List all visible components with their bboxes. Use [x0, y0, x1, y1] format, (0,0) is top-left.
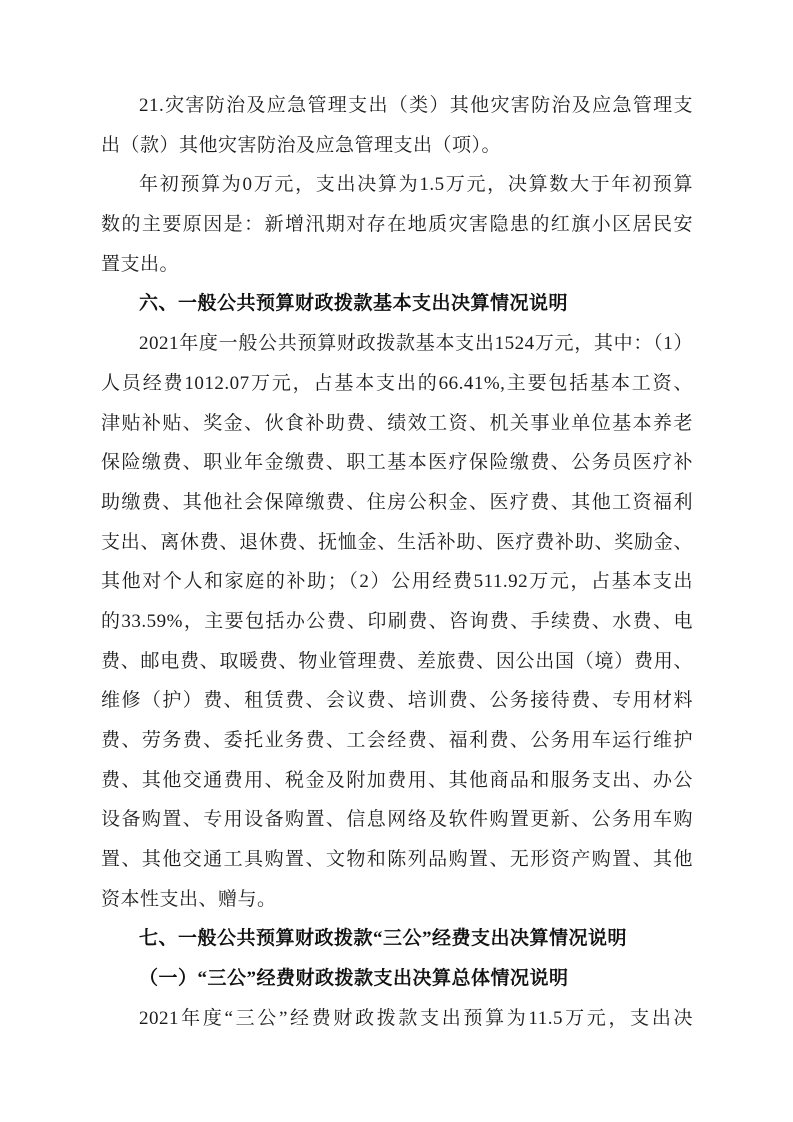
paragraph-line: 数的主要原因是：新增汛期对存在地质灾害隐患的红旗小区居民安: [101, 205, 693, 245]
paragraph-line: 支出、离休费、退休费、抚恤金、生活补助、医疗费补助、奖励金、: [101, 523, 693, 563]
paragraph-line: 其他对个人和家庭的补助；（2）公用经费511.92万元，占基本支出: [101, 562, 693, 602]
paragraph-line: 置、其他交通工具购置、文物和陈列品购置、无形资产购置、其他: [101, 840, 693, 880]
paragraph-line: 费、劳务费、委托业务费、工会经费、福利费、公务用车运行维护: [101, 721, 693, 761]
document-page: 21.灾害防治及应急管理支出（类）其他灾害防治及应急管理支 出（款）其他灾害防治…: [0, 0, 793, 1122]
document-body: 21.灾害防治及应急管理支出（类）其他灾害防治及应急管理支 出（款）其他灾害防治…: [101, 86, 693, 1039]
paragraph-line: 津贴补贴、奖金、伙食补助费、绩效工资、机关事业单位基本养老: [101, 404, 693, 444]
paragraph-line: 资本性支出、赠与。: [101, 880, 693, 920]
paragraph-line: 费、其他交通费用、税金及附加费用、其他商品和服务支出、办公: [101, 761, 693, 801]
paragraph-line: 维修（护）费、租赁费、会议费、培训费、公务接待费、专用材料: [101, 681, 693, 721]
paragraph-line: 置支出。: [101, 245, 693, 285]
paragraph-line: 2021年度“三公”经费财政拨款支出预算为11.5万元，支出决: [101, 999, 693, 1039]
section-heading-6: 六、一般公共预算财政拨款基本支出决算情况说明: [101, 284, 693, 324]
paragraph-line: 设备购置、专用设备购置、信息网络及软件购置更新、公务用车购: [101, 800, 693, 840]
paragraph-line: 费、邮电费、取暖费、物业管理费、差旅费、因公出国（境）费用、: [101, 642, 693, 682]
paragraph-line: 人员经费1012.07万元，占基本支出的66.41%,主要包括基本工资、: [101, 364, 693, 404]
paragraph-line: 21.灾害防治及应急管理支出（类）其他灾害防治及应急管理支: [101, 86, 693, 126]
paragraph-line: 出（款）其他灾害防治及应急管理支出（项）。: [101, 126, 693, 166]
paragraph-line: 年初预算为0万元，支出决算为1.5万元，决算数大于年初预算: [101, 165, 693, 205]
paragraph-line: 的33.59%，主要包括办公费、印刷费、咨询费、手续费、水费、电: [101, 602, 693, 642]
paragraph-line: 助缴费、其他社会保障缴费、住房公积金、医疗费、其他工资福利: [101, 483, 693, 523]
subsection-heading-7-1: （一）“三公”经费财政拨款支出决算总体情况说明: [101, 959, 693, 999]
section-heading-7: 七、一般公共预算财政拨款“三公”经费支出决算情况说明: [101, 919, 693, 959]
paragraph-line: 保险缴费、职业年金缴费、职工基本医疗保险缴费、公务员医疗补: [101, 443, 693, 483]
paragraph-line: 2021年度一般公共预算财政拨款基本支出1524万元，其中：（1）: [101, 324, 693, 364]
